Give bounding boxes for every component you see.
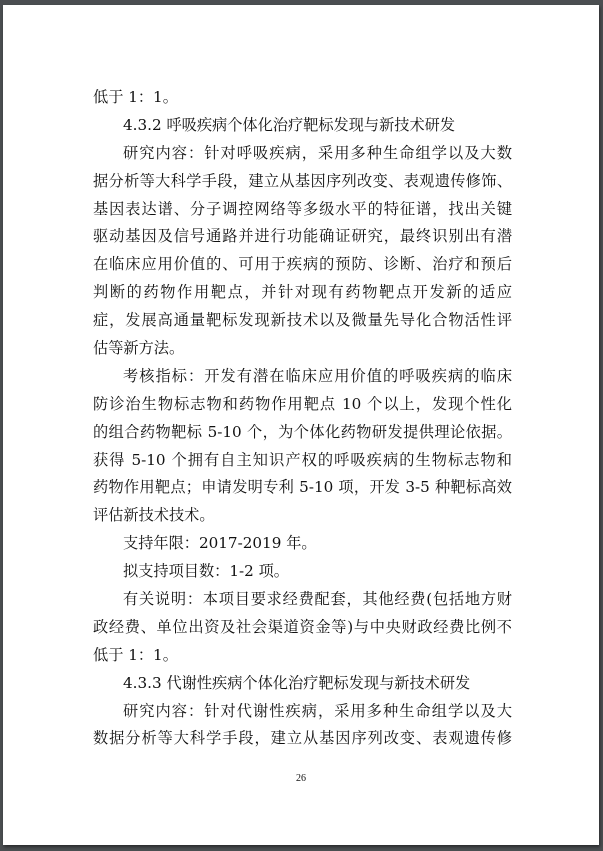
text-line: 数据分析等大科学手段，建立从基因序列改变、表观遗传修 [93, 725, 512, 753]
text-line: 评估新技术技术。 [93, 502, 512, 530]
text-line: 基因表达谱、分子调控网络等多级水平的特征谱，找出关键 [93, 196, 512, 224]
section-heading-4-3-3: 4.3.3 代谢性疾病个体化治疗靶标发现与新技术研发 [93, 670, 512, 698]
text-line: 驱动基因及信号通路并进行功能确证研究，最终识别出有潜 [93, 223, 512, 251]
text-line-project-count: 拟支持项目数：1-2 项。 [93, 558, 512, 586]
text-line: 在临床应用价值的、可用于疾病的预防、诊断、治疗和预后 [93, 251, 512, 279]
text-line-ratio-end: 低于 1：1。 [93, 84, 512, 112]
text-line: 低于 1：1。 [93, 642, 512, 670]
text-line: 症，发展高通量靶标发现新技术以及微量先导化合物活性评 [93, 307, 512, 335]
text-line: 据分析等大科学手段，建立从基因序列改变、表观遗传修饰、 [93, 168, 512, 196]
text-line: 防诊治生物标志物和药物作用靶点 10 个以上，发现个性化 [93, 391, 512, 419]
text-line-research-content: 研究内容：针对呼吸疾病，采用多种生命组学以及大数 [93, 140, 512, 168]
text-line-support-period: 支持年限：2017-2019 年。 [93, 530, 512, 558]
text-line: 药物作用靶点；申请发明专利 5-10 项，开发 3-5 种靶标高效 [93, 474, 512, 502]
text-line: 获得 5-10 个拥有自主知识产权的呼吸疾病的生物标志物和 [93, 447, 512, 475]
text-line-notes: 有关说明：本项目要求经费配套，其他经费(包括地方财 [93, 586, 512, 614]
text-line: 判断的药物作用靶点，并针对现有药物靶点开发新的适应 [93, 279, 512, 307]
text-line: 的组合药物靶标 5-10 个，为个体化药物研发提供理论依据。 [93, 419, 512, 447]
page-body-text: 低于 1：1。 4.3.2 呼吸疾病个体化治疗靶标发现与新技术研发 研究内容：针… [93, 84, 512, 753]
text-line: 估等新方法。 [93, 335, 512, 363]
section-heading-4-3-2: 4.3.2 呼吸疾病个体化治疗靶标发现与新技术研发 [93, 112, 512, 140]
text-line: 政经费、单位出资及社会渠道资金等)与中央财政经费比例不 [93, 614, 512, 642]
page-number: 26 [3, 773, 599, 784]
document-page: 低于 1：1。 4.3.2 呼吸疾病个体化治疗靶标发现与新技术研发 研究内容：针… [3, 5, 599, 845]
text-line-research-content: 研究内容：针对代谢性疾病，采用多种生命组学以及大 [93, 698, 512, 726]
text-line-assessment-indicators: 考核指标：开发有潜在临床应用价值的呼吸疾病的临床 [93, 363, 512, 391]
